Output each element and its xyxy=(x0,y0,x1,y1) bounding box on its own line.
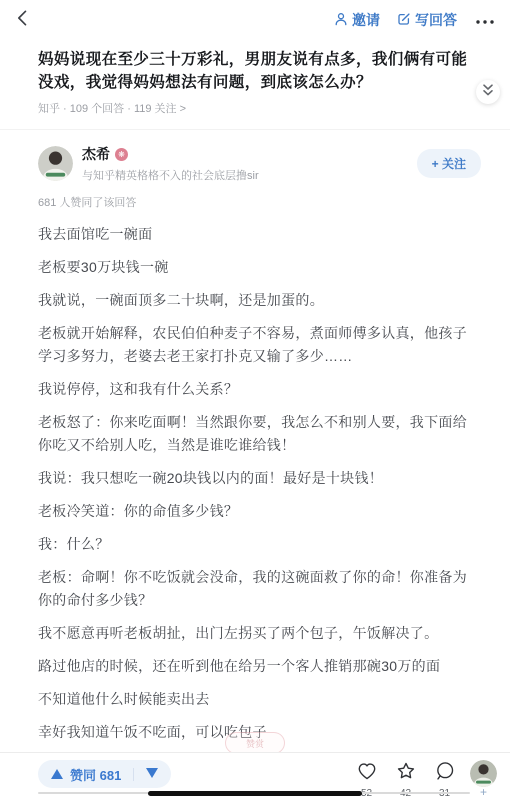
edit-icon xyxy=(397,12,411,29)
medal-badge-icon: ❋ xyxy=(115,148,128,161)
bottom-action-bar: 赞同 681 52 42 xyxy=(0,752,510,800)
author-bio: 与知乎精英格格不入的社会底层撸sir xyxy=(82,167,259,183)
upvote-label: 赞同 681 xyxy=(70,765,121,784)
follow-button[interactable]: + 关注 xyxy=(417,149,481,178)
question-section: 妈妈说现在至少三十万彩礼，男朋友说有点多，我们俩有可能没戏，我觉得妈妈想法有问题… xyxy=(0,40,510,130)
home-indicator[interactable] xyxy=(148,791,362,796)
write-answer-button[interactable]: 写回答 xyxy=(397,10,457,30)
zhihu-answer-page: 邀请 写回答 妈妈说现在至少三十万彩礼，男朋友说有点多，我们俩有可能没戏，我觉得… xyxy=(0,0,510,800)
answer-paragraph: 我：什么？ xyxy=(38,533,472,556)
invite-button[interactable]: 邀请 xyxy=(334,10,380,30)
answer-paragraph: 老板就开始解释，农民伯伯种麦子不容易，煮面师傅多认真，他孩子学习多努力，老婆去老… xyxy=(38,322,472,368)
upvote-summary: 681 人赞同了该回答 xyxy=(38,194,472,210)
answer-paragraph: 不知道他什么时候能卖出去 xyxy=(38,688,472,711)
question-meta[interactable]: 知乎 · 109 个回答 · 119 关注 > xyxy=(38,100,472,116)
author-row: 杰希 ❋ 与知乎精英格格不入的社会底层撸sir + 关注 xyxy=(38,144,472,183)
answer-paragraph: 我去面馆吃一碗面 xyxy=(38,223,472,246)
plus-icon: + xyxy=(480,786,487,798)
downvote-triangle-icon xyxy=(146,765,158,783)
commenter-avatar[interactable]: + xyxy=(470,760,497,787)
more-dots-icon xyxy=(476,11,494,29)
question-title[interactable]: 妈妈说现在至少三十万彩礼，男朋友说有点多，我们俩有可能没戏，我觉得妈妈想法有问题… xyxy=(38,48,472,94)
downvote-button[interactable] xyxy=(146,765,158,783)
back-chevron-icon xyxy=(13,8,33,33)
answer-paragraph: 老板：命啊！你不吃饭就会没命，我的这碗面救了你的命！你准备为你的命付多少钱？ xyxy=(38,566,472,612)
answer-paragraph: 我说：我只想吃一碗20块钱以内的面！最好是十块钱！ xyxy=(38,467,472,490)
double-chevron-down-icon xyxy=(482,83,494,102)
star-icon xyxy=(395,760,417,787)
answer-paragraph: 我不愿意再听老板胡扯，出门左拐买了两个包子，午饭解决了。 xyxy=(38,622,472,645)
answer-paragraph: 老板怒了：你来吃面啊！当然跟你要，我怎么不和别人要，我下面给你吃又不给别人吃，当… xyxy=(38,411,472,457)
reward-button[interactable]: 赞赏 xyxy=(225,732,285,754)
invite-label: 邀请 xyxy=(352,10,380,30)
upvote-triangle-icon xyxy=(51,767,63,782)
heart-icon xyxy=(356,760,378,787)
author-info: 杰希 ❋ 与知乎精英格格不入的社会底层撸sir xyxy=(82,144,259,183)
author-name[interactable]: 杰希 xyxy=(82,144,110,164)
author-avatar[interactable] xyxy=(38,146,73,181)
comment-bubble-icon xyxy=(434,760,456,787)
top-bar: 邀请 写回答 xyxy=(0,0,510,40)
back-button[interactable] xyxy=(8,5,38,35)
topbar-actions: 邀请 写回答 xyxy=(334,7,496,33)
person-icon xyxy=(334,12,348,29)
answer-paragraph: 老板要30万块钱一碗 xyxy=(38,256,472,279)
answer-paragraph: 老板冷笑道：你的命值多少钱？ xyxy=(38,500,472,523)
more-button[interactable] xyxy=(474,7,496,33)
answer-paragraph: 路过他店的时候，还在听到他在给另一个客人推销那碗30万的面 xyxy=(38,655,472,678)
upvote-button[interactable]: 赞同 681 xyxy=(51,765,121,784)
answer-section: 杰希 ❋ 与知乎精英格格不入的社会底层撸sir + 关注 681 人赞同了该回答… xyxy=(0,130,510,770)
reward-label: 赞赏 xyxy=(246,737,264,750)
answer-paragraph: 我就说，一碗面顶多二十块啊，还是加蛋的。 xyxy=(38,289,472,312)
vote-pill: 赞同 681 xyxy=(38,760,171,788)
write-answer-label: 写回答 xyxy=(415,10,457,30)
expand-question-button[interactable] xyxy=(476,80,500,104)
answer-content: 我去面馆吃一碗面 老板要30万块钱一碗 我就说，一碗面顶多二十块啊，还是加蛋的。… xyxy=(38,223,472,744)
answer-paragraph: 我说停停，这和我有什么关系？ xyxy=(38,378,472,401)
vote-divider xyxy=(133,768,134,781)
